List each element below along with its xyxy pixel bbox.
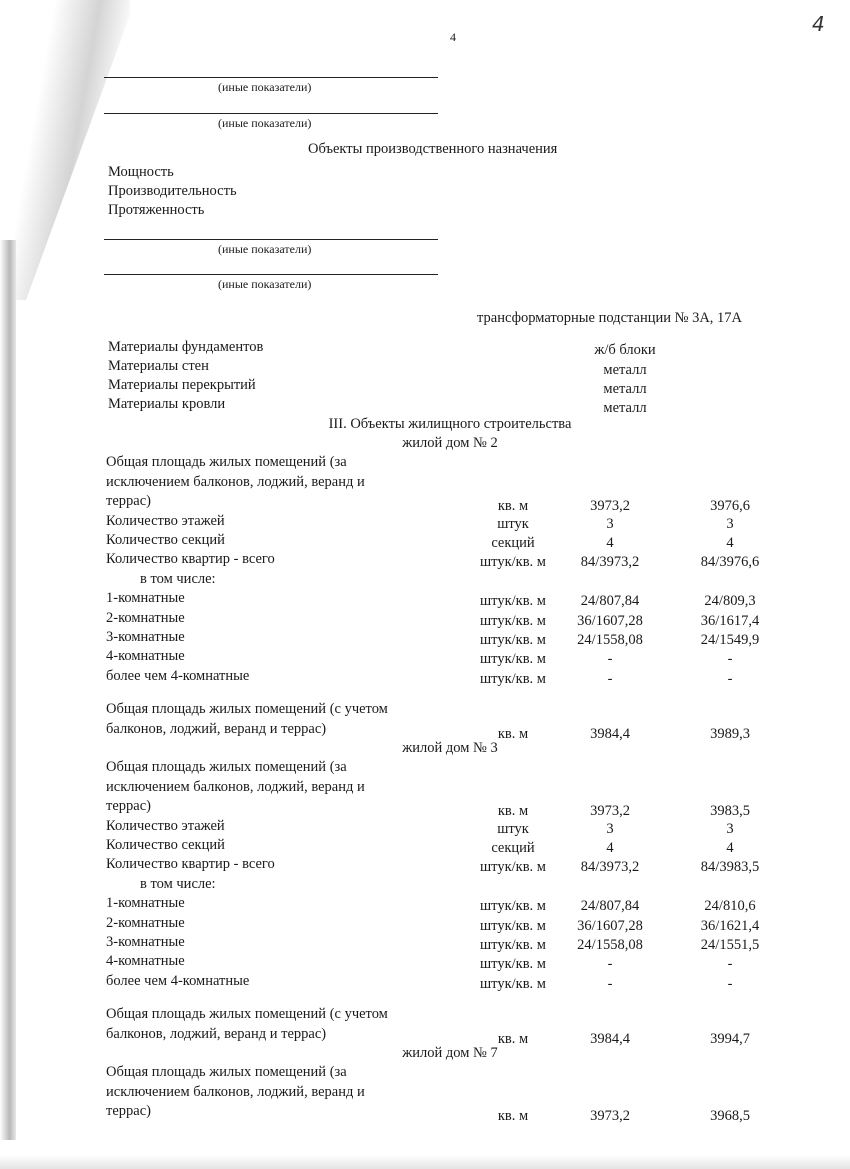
row-label: Общая площадь жилых помещений (за — [106, 759, 347, 776]
design-value: 36/1607,28 — [555, 918, 665, 935]
other-indicator-caption-2: (иные показатели) — [218, 116, 311, 131]
design-value: 4 — [555, 535, 665, 552]
actual-value: 3989,3 — [675, 726, 785, 743]
house-title: жилой дом № 3 — [250, 740, 650, 757]
material-label: Материалы кровли — [108, 396, 225, 413]
row-unit: секций — [458, 535, 568, 552]
production-item: Протяженность — [108, 202, 204, 219]
actual-value: - — [675, 976, 785, 993]
row-label: исключением балконов, лоджий, веранд и — [106, 1084, 365, 1101]
scan-shadow-top — [0, 0, 130, 300]
blank-line-2 — [104, 113, 438, 114]
material-value: ж/б блоки — [560, 342, 690, 359]
design-value: - — [555, 651, 665, 668]
row-unit: штук/кв. м — [458, 859, 568, 876]
row-label: 2-комнатные — [106, 610, 185, 627]
row-label: Общая площадь жилых помещений (с учетом — [106, 701, 388, 718]
row-unit: кв. м — [458, 498, 568, 515]
scan-shadow-bottom — [0, 1155, 850, 1169]
row-unit: кв. м — [458, 803, 568, 820]
design-value: 3 — [555, 821, 665, 838]
other-indicator-caption-3: (иные показатели) — [218, 242, 311, 257]
subgroup-label: в том числе: — [140, 876, 216, 893]
subgroup-label: в том числе: — [140, 571, 216, 588]
row-unit: штук/кв. м — [458, 918, 568, 935]
design-value: 24/1558,08 — [555, 632, 665, 649]
row-label: более чем 4-комнатные — [106, 973, 249, 990]
row-label: 1-комнатные — [106, 590, 185, 607]
blank-line-3 — [104, 239, 438, 240]
row-unit: штук/кв. м — [458, 671, 568, 688]
actual-value: 4 — [675, 535, 785, 552]
scan-shadow-left — [0, 240, 16, 1140]
design-value: 24/1558,08 — [555, 937, 665, 954]
row-unit: штук — [458, 516, 568, 533]
row-label: Общая площадь жилых помещений (с учетом — [106, 1006, 388, 1023]
actual-value: 3976,6 — [675, 498, 785, 515]
other-indicator-caption-1: (иные показатели) — [218, 80, 311, 95]
row-label: балконов, лоджий, веранд и террас) — [106, 721, 326, 738]
row-label: террас) — [106, 798, 151, 815]
actual-value: 24/1551,5 — [675, 937, 785, 954]
design-value: 3973,2 — [555, 498, 665, 515]
actual-value: 4 — [675, 840, 785, 857]
row-unit: штук/кв. м — [458, 937, 568, 954]
material-label: Материалы стен — [108, 358, 209, 375]
design-value: 3973,2 — [555, 1108, 665, 1125]
blank-line-4 — [104, 274, 438, 275]
house-title: жилой дом № 2 — [250, 435, 650, 452]
production-objects-title: Объекты производственного назначения — [308, 141, 557, 158]
row-unit: штук/кв. м — [458, 593, 568, 610]
design-value: 36/1607,28 — [555, 613, 665, 630]
design-value: 24/807,84 — [555, 898, 665, 915]
row-label: 3-комнатные — [106, 934, 185, 951]
actual-value: 36/1621,4 — [675, 918, 785, 935]
actual-value: 24/809,3 — [675, 593, 785, 610]
actual-value: 3983,5 — [675, 803, 785, 820]
row-label: 4-комнатные — [106, 953, 185, 970]
actual-value: 84/3976,6 — [675, 554, 785, 571]
actual-value: 24/1549,9 — [675, 632, 785, 649]
row-unit: штук/кв. м — [458, 613, 568, 630]
design-value: - — [555, 671, 665, 688]
row-label: Количество секций — [106, 532, 225, 549]
other-indicator-caption-4: (иные показатели) — [218, 277, 311, 292]
design-value: - — [555, 976, 665, 993]
material-value: металл — [560, 362, 690, 379]
row-label: 2-комнатные — [106, 915, 185, 932]
section-3-title: III. Объекты жилищного строительства — [250, 416, 650, 433]
row-unit: секций — [458, 840, 568, 857]
material-label: Материалы перекрытий — [108, 377, 256, 394]
row-label: Общая площадь жилых помещений (за — [106, 1064, 347, 1081]
actual-value: - — [675, 671, 785, 688]
actual-value: 36/1617,4 — [675, 613, 785, 630]
design-value: 24/807,84 — [555, 593, 665, 610]
actual-value: - — [675, 651, 785, 668]
row-label: Общая площадь жилых помещений (за — [106, 454, 347, 471]
design-value: 84/3973,2 — [555, 859, 665, 876]
row-label: террас) — [106, 493, 151, 510]
actual-value: 3 — [675, 821, 785, 838]
material-value: металл — [560, 400, 690, 417]
production-item: Производительность — [108, 183, 237, 200]
design-value: - — [555, 956, 665, 973]
row-unit: штук/кв. м — [458, 554, 568, 571]
blank-line-1 — [104, 77, 438, 78]
row-unit: кв. м — [458, 1108, 568, 1125]
row-label: Количество квартир - всего — [106, 551, 275, 568]
actual-value: 24/810,6 — [675, 898, 785, 915]
row-unit: штук/кв. м — [458, 898, 568, 915]
actual-value: 3 — [675, 516, 785, 533]
row-unit: штук — [458, 821, 568, 838]
house-title: жилой дом № 7 — [250, 1045, 650, 1062]
row-unit: штук/кв. м — [458, 651, 568, 668]
actual-value: 84/3983,5 — [675, 859, 785, 876]
row-label: балконов, лоджий, веранд и террас) — [106, 1026, 326, 1043]
design-value: 3 — [555, 516, 665, 533]
row-label: 3-комнатные — [106, 629, 185, 646]
design-value: 4 — [555, 840, 665, 857]
row-label: исключением балконов, лоджий, веранд и — [106, 779, 365, 796]
row-label: Количество секций — [106, 837, 225, 854]
design-value: 3973,2 — [555, 803, 665, 820]
row-label: Количество этажей — [106, 513, 225, 530]
row-label: 1-комнатные — [106, 895, 185, 912]
material-value: металл — [560, 381, 690, 398]
row-label: более чем 4-комнатные — [106, 668, 249, 685]
design-value: 84/3973,2 — [555, 554, 665, 571]
row-label: исключением балконов, лоджий, веранд и — [106, 474, 365, 491]
row-label: Количество этажей — [106, 818, 225, 835]
material-label: Материалы фундаментов — [108, 339, 263, 356]
production-item: Мощность — [108, 164, 174, 181]
actual-value: 3994,7 — [675, 1031, 785, 1048]
actual-value: - — [675, 956, 785, 973]
actual-value: 3968,5 — [675, 1108, 785, 1125]
substation-title: трансформаторные подстанции № 3А, 17А — [477, 310, 742, 327]
row-unit: штук/кв. м — [458, 956, 568, 973]
handwritten-page-number: 4 — [812, 12, 825, 36]
row-label: 4-комнатные — [106, 648, 185, 665]
row-unit: штук/кв. м — [458, 632, 568, 649]
row-label: Количество квартир - всего — [106, 856, 275, 873]
row-unit: штук/кв. м — [458, 976, 568, 993]
row-label: террас) — [106, 1103, 151, 1120]
page-number: 4 — [450, 30, 456, 45]
